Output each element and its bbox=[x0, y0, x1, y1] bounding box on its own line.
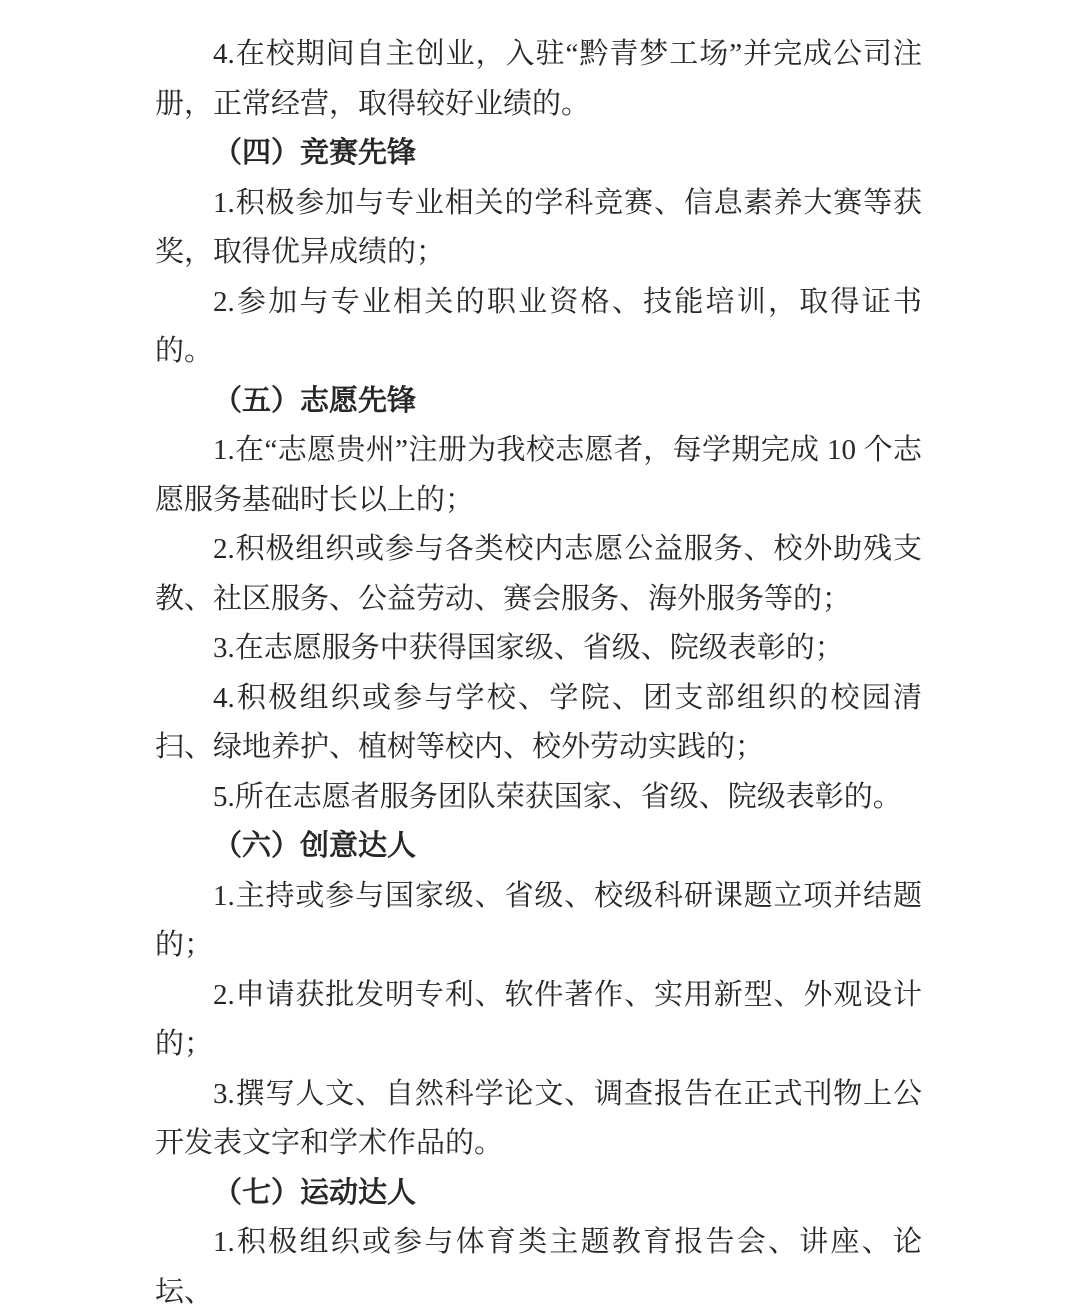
document-paragraph: 1.积极组织或参与体育类主题教育报告会、讲座、论坛、 bbox=[155, 1218, 922, 1316]
section-heading: （六）创意达人 bbox=[155, 822, 922, 872]
section-heading: （四）竞赛先锋 bbox=[155, 129, 922, 179]
document-paragraph: 4.在校期间自主创业，入驻“黔青梦工场”并完成公司注册，正常经营，取得较好业绩的… bbox=[155, 30, 922, 129]
document-page: 4.在校期间自主创业，入驻“黔青梦工场”并完成公司注册，正常经营，取得较好业绩的… bbox=[0, 0, 1079, 1316]
document-paragraph: 4.积极组织或参与学校、学院、团支部组织的校园清扫、绿地养护、植树等校内、校外劳… bbox=[155, 674, 922, 773]
section-heading: （七）运动达人 bbox=[155, 1169, 922, 1219]
section-heading: （五）志愿先锋 bbox=[155, 377, 922, 427]
document-paragraph: 2.积极组织或参与各类校内志愿公益服务、校外助残支教、社区服务、公益劳动、赛会服… bbox=[155, 525, 922, 624]
document-paragraph: 3.撰写人文、自然科学论文、调查报告在正式刊物上公开发表文字和学术作品的。 bbox=[155, 1070, 922, 1169]
document-paragraph: 1.积极参加与专业相关的学科竞赛、信息素养大赛等获奖，取得优异成绩的； bbox=[155, 179, 922, 278]
document-paragraph: 3.在志愿服务中获得国家级、省级、院级表彰的； bbox=[155, 624, 922, 674]
document-paragraph: 2.参加与专业相关的职业资格、技能培训，取得证书的。 bbox=[155, 278, 922, 377]
document-paragraph: 5.所在志愿者服务团队荣获国家、省级、院级表彰的。 bbox=[155, 773, 922, 823]
document-paragraph: 2.申请获批发明专利、软件著作、实用新型、外观设计的； bbox=[155, 971, 922, 1070]
document-paragraph: 1.主持或参与国家级、省级、校级科研课题立项并结题的； bbox=[155, 872, 922, 971]
document-paragraph: 1.在“志愿贵州”注册为我校志愿者，每学期完成 10 个志愿服务基础时长以上的； bbox=[155, 426, 922, 525]
